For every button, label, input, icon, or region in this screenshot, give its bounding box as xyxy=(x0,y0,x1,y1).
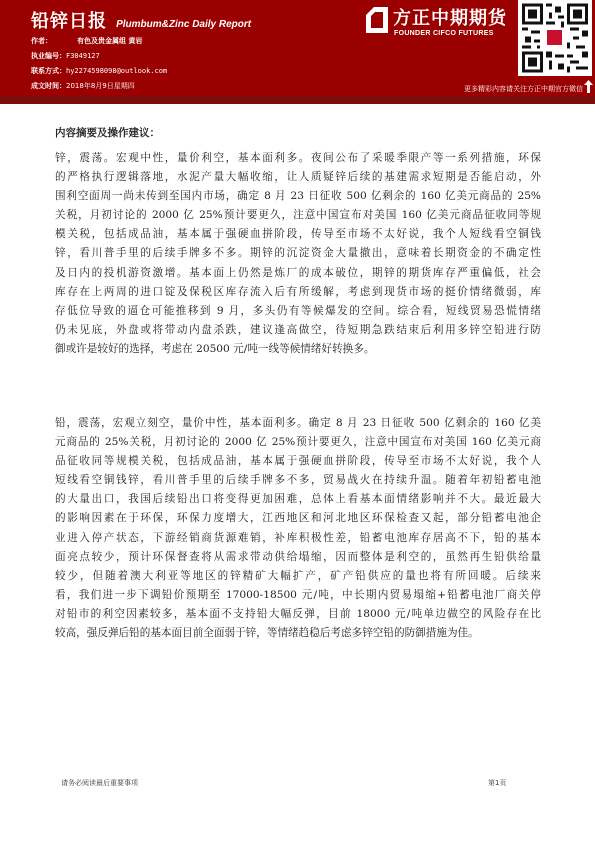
text-line: 业进入停产状态，下游经销商货源难销，补库积极性差，铅蓄电池库存居高不下，铅的基本 xyxy=(55,529,541,548)
text-line: 围利空面周一尚未传到至国内市场，确定 8 月 23 日征收 500 亿剩余的 1… xyxy=(55,187,541,206)
paragraph-zinc: 锌，震荡。宏观中性，量价利空，基本面利多。夜间公布了采暖季限产等一系列措施，环保… xyxy=(55,149,541,359)
text-line: 铅，震荡，宏观立刻空，量价中性，基本面利多。确定 8 月 23 日征收 500 … xyxy=(55,414,541,433)
company-logo: 方正中期期货 FOUNDER CIFCO FUTURES xyxy=(363,4,515,40)
license-row: 执业编号：F3049127 xyxy=(31,51,100,61)
text-line: 的严格执行逻辑落地，水泥产量大幅收缩，让人质疑锌后续的基建需求短期是否能启动，外 xyxy=(55,168,541,187)
logo-name-cn: 方正中期期货 xyxy=(393,4,507,30)
text-line: 较少，但随着澳大利亚等地区的锌精矿大幅扩产，矿产铅供应的量也将有所回暖。后续来 xyxy=(55,567,541,586)
section-title-summary: 内容摘要及操作建议： xyxy=(55,125,160,140)
header-divider-band xyxy=(0,96,595,104)
text-line: 锌，看川普手里的后续手牌多不多。期锌的沉淀资金大量撤出，意味着长期资金的不确定性 xyxy=(55,244,541,263)
text-line: 元商品的 25%关税，月初讨论的 2000 亿 25%预计要更久，注意中国宣布对… xyxy=(55,433,541,452)
page-number: 第1页 xyxy=(488,778,506,788)
text-line: 看，我们进一步下调铅价预期至 17000-18500 元/吨，中长期内贸易塌缩+… xyxy=(55,586,541,605)
text-line: 锌，震荡。宏观中性，量价利空，基本面利多。夜间公布了采暖季限产等一系列措施，环保 xyxy=(55,149,541,168)
arrow-up-icon xyxy=(584,80,593,93)
date-label: 成文时间： xyxy=(31,81,66,91)
license-label: 执业编号： xyxy=(31,51,66,61)
text-line: 的影响因素在于环保，环保力度增大，江西地区和河北地区环保检查又起，部分铅蓄电池企 xyxy=(55,509,541,528)
report-title-cn: 铅锌日报 xyxy=(31,11,107,32)
text-line: 对铅市的利空因素较多，基本面不支持铅大幅反弹，目前 18000 元/吨单边做空的… xyxy=(55,605,541,624)
date-value: 2018年8月9日星期四 xyxy=(66,82,135,90)
text-line: 及日内的投机游资激增。基本面上仍然是炼厂的成本破位，期锌的期货库存严重偏低，社会 xyxy=(55,264,541,283)
date-row: 成文时间：2018年8月9日星期四 xyxy=(31,81,135,91)
contact-row: 联系方式：hy2274598098@outlook.com xyxy=(31,66,167,76)
paragraph-lead: 铅，震荡，宏观立刻空，量价中性，基本面利多。确定 8 月 23 日征收 500 … xyxy=(55,414,541,643)
report-title-en: Plumbum&Zinc Daily Report xyxy=(116,19,251,30)
report-title: 铅锌日报 Plumbum&Zinc Daily Report xyxy=(31,7,251,33)
text-line: 品征收同等规模关税，包括成品油，基本属于强硬血拼阶段，传导至市场不太好说，我个人 xyxy=(55,452,541,471)
author-value: 有色及贵金属组 黄岩 xyxy=(77,37,142,45)
text-line: 短线看空铜钱锌，看川普手里的后续手牌多不多，贸易战火在持续升温。随着年初铅蓄电池 xyxy=(55,471,541,490)
text-line: 面亮点较少，预计环保督查将从需求带动供给塌缩，因而整体是利空的，虽然再生铅供给量 xyxy=(55,548,541,567)
license-value: F3049127 xyxy=(66,52,100,60)
wechat-qr-code[interactable] xyxy=(518,0,592,76)
logo-name-en: FOUNDER CIFCO FUTURES xyxy=(394,30,494,37)
logo-mark-icon xyxy=(366,7,388,33)
contact-email[interactable]: hy2274598098@outlook.com xyxy=(66,67,167,75)
text-line: 御或许是较好的选择，考虑在 20500 元/吨一线等候情绪好转换多。 xyxy=(55,340,541,359)
text-line: 仍未见底，外盘或将带动内盘杀跌，建议逢高做空，待短期急跌结束后利用多锌空铅进行防 xyxy=(55,321,541,340)
text-line: 的大量出口，我国后续铅出口将变得更加困难，总体上看基本面情绪影响并不大。最近最大 xyxy=(55,490,541,509)
text-line: 存低位导致的逼仓可能推移到 9 月，多头仍有等候爆发的空间。综合看，短线贸易恐慌… xyxy=(55,302,541,321)
follow-wechat-note: 更多精彩内容请关注方正中期官方微信 xyxy=(464,84,583,94)
text-line: 关税，月初讨论的 2000 亿 25%预计要更久，注意中国宣布对美国 160 亿… xyxy=(55,206,541,225)
qr-center-logo-icon xyxy=(547,30,562,45)
text-line: 库存在上两周的进口锭及保税区库存流入后有所缓解，考虑到现货市场的挺价情绪微弱，库 xyxy=(55,283,541,302)
report-header: 铅锌日报 Plumbum&Zinc Daily Report 作者：有色及贵金属… xyxy=(0,0,595,96)
author-row: 作者：有色及贵金属组 黄岩 xyxy=(31,36,142,46)
text-line: 较高，强反弹后铅的基本面目前全面弱于锌，等情绪趋稳后考虑多锌空铅的防御措施为佳。 xyxy=(55,624,541,643)
contact-label: 联系方式： xyxy=(31,66,66,76)
footer-disclaimer: 请务必阅读最后重要事项 xyxy=(61,778,138,788)
author-label: 作者： xyxy=(31,36,77,46)
text-line: 模关税，包括成品油，基本属于强硬血拼阶段，传导至市场不太好说，我个人短线看空铜钱 xyxy=(55,225,541,244)
